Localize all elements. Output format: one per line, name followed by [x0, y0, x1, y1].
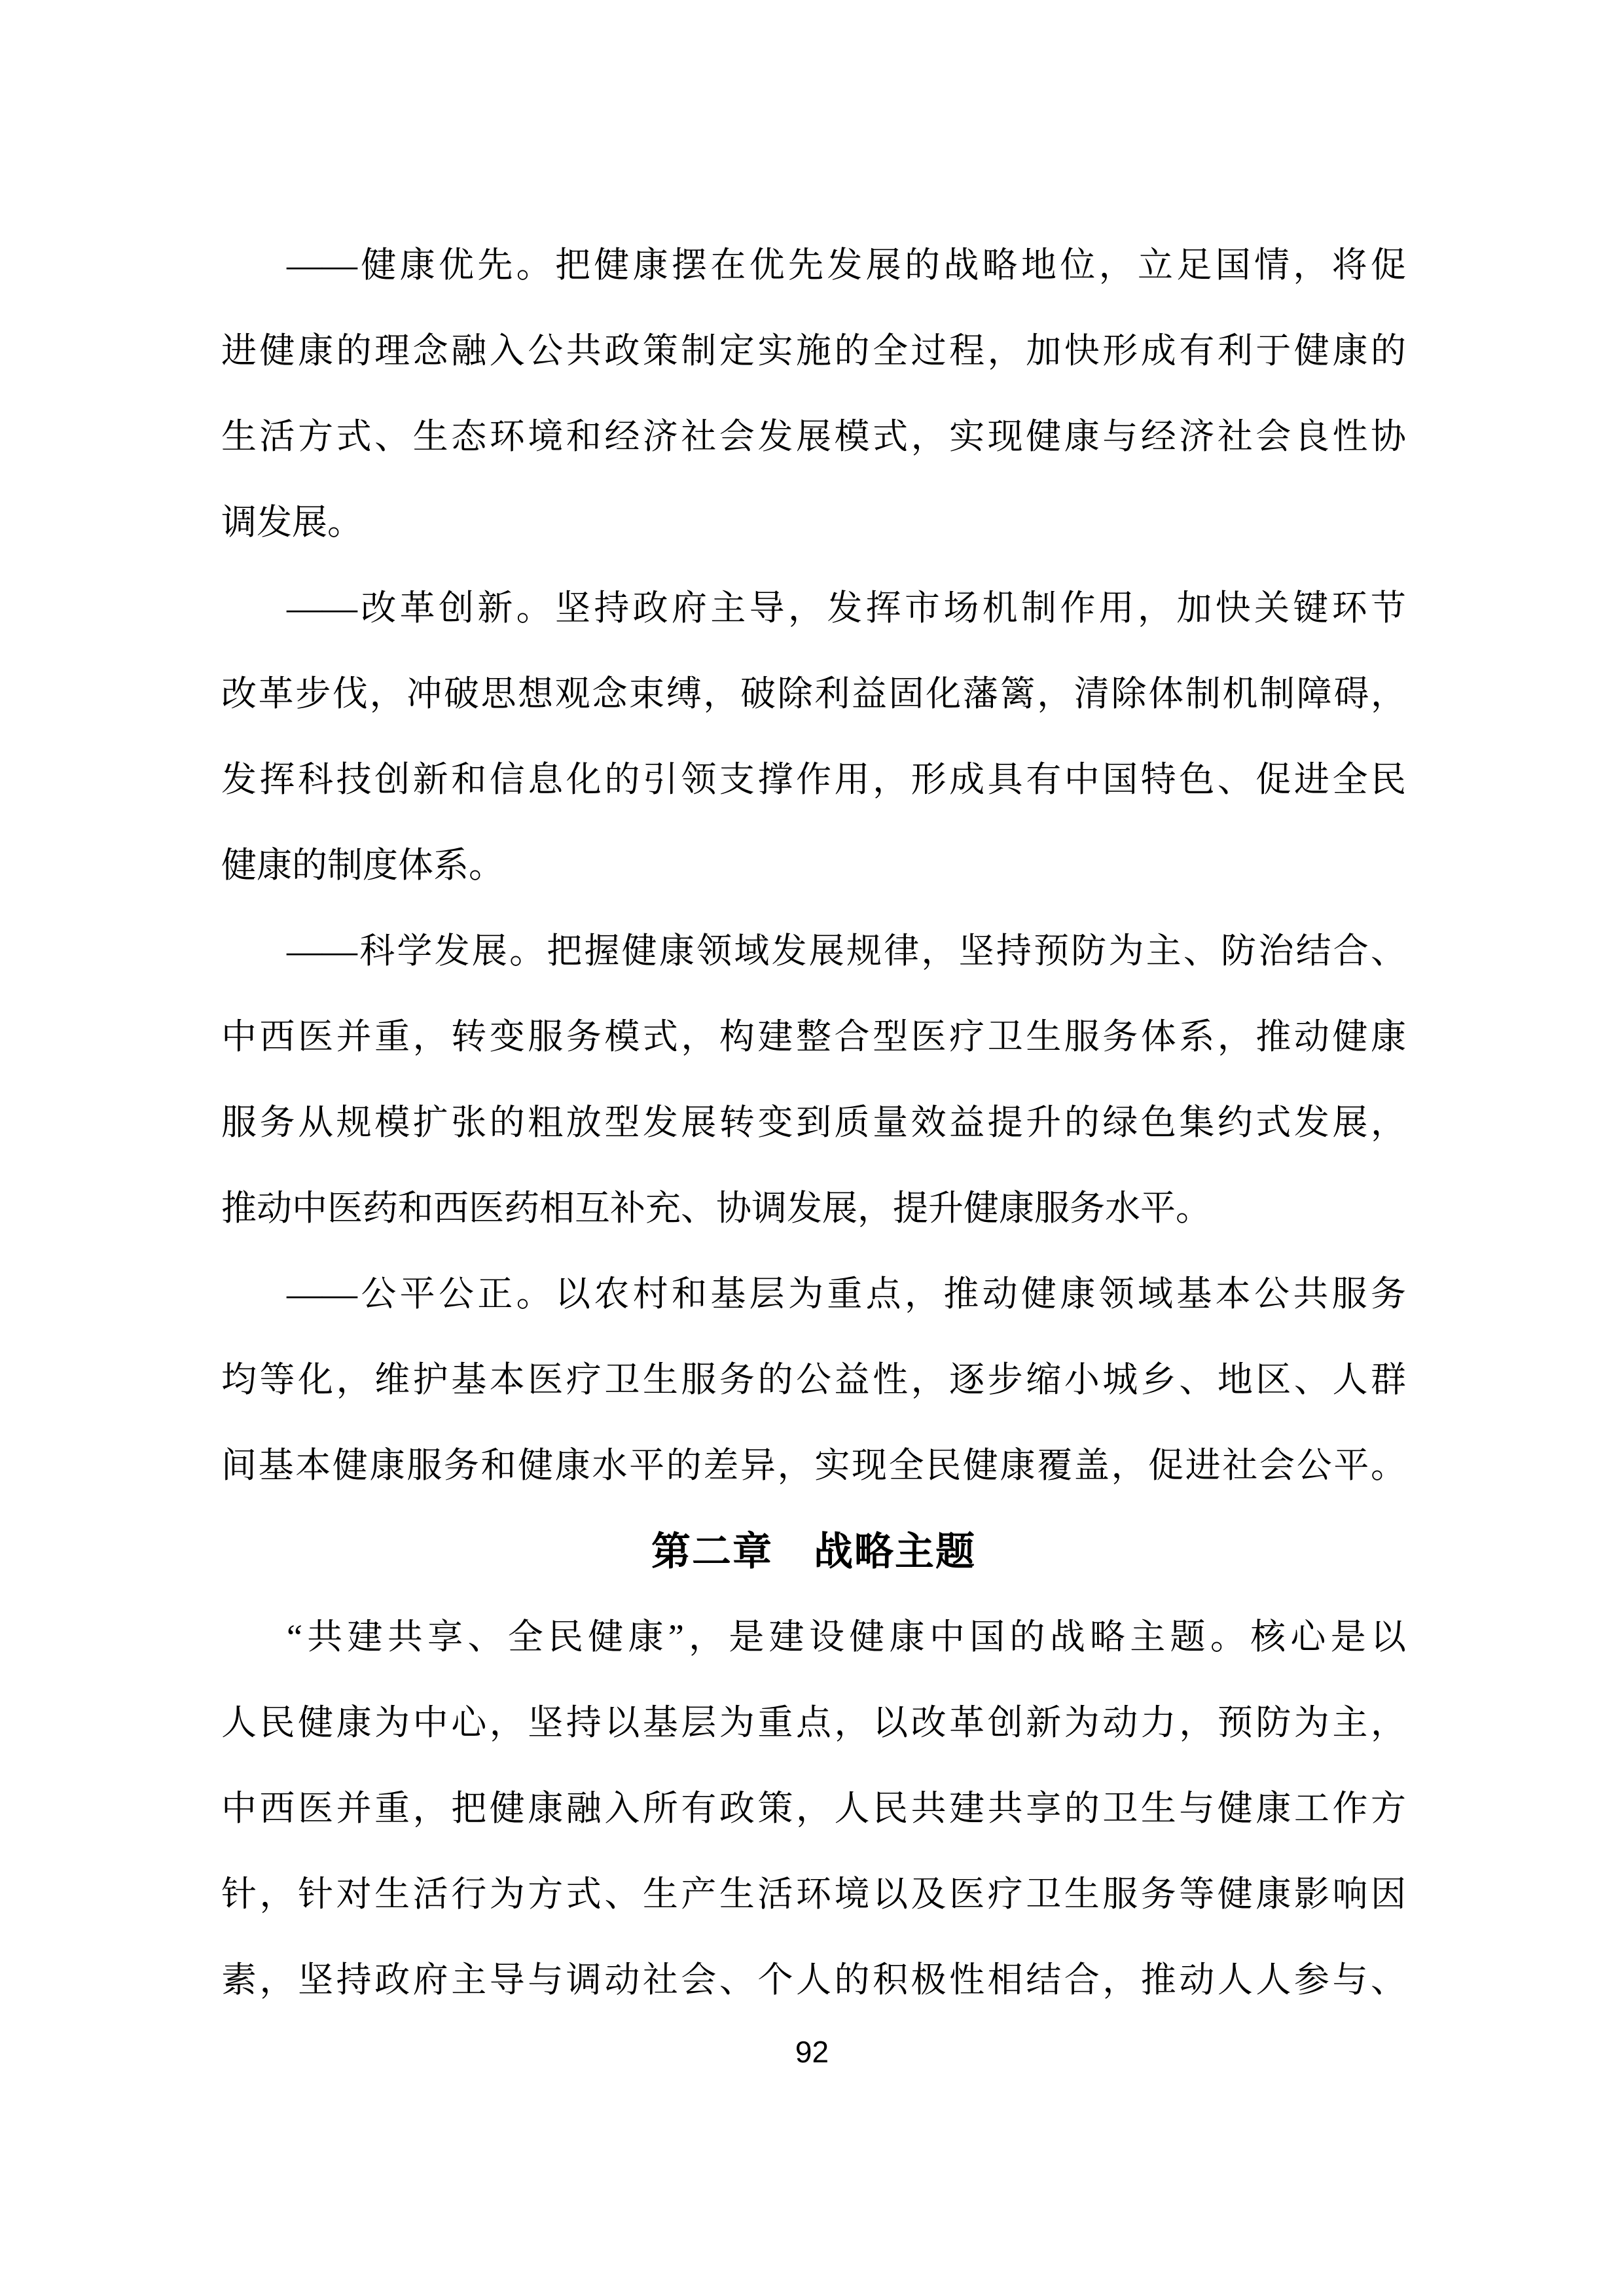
text-line: 素，坚持政府主导与调动社会、个人的积极性相结合，推动人人参与、	[221, 1937, 1406, 2023]
text-line: 人民健康为中心，坚持以基层为重点，以改革创新为动力，预防为主，	[221, 1680, 1406, 1766]
text-line: 中西医并重，转变服务模式，构建整合型医疗卫生服务体系，推动健康	[221, 994, 1406, 1080]
text-line: 均等化，维护基本医疗卫生服务的公益性，逐步缩小城乡、地区、人群	[221, 1337, 1406, 1423]
text-line: ——改革创新。坚持政府主导，发挥市场机制作用，加快关键环节	[221, 565, 1406, 651]
page-number: 92	[0, 2032, 1624, 2072]
text-line: “共建共享、全民健康”，是建设健康中国的战略主题。核心是以	[221, 1594, 1406, 1680]
text-line: ——科学发展。把握健康领域发展规律，坚持预防为主、防治结合、	[221, 908, 1406, 994]
text-line: 改革步伐，冲破思想观念束缚，破除利益固化藩篱，清除体制机制障碍，	[221, 651, 1406, 737]
text-line: 健康的制度体系。	[221, 823, 1406, 908]
text-line: 中西医并重，把健康融入所有政策，人民共建共享的卫生与健康工作方	[221, 1766, 1406, 1852]
text-line: 进健康的理念融入公共政策制定实施的全过程，加快形成有利于健康的	[221, 308, 1406, 394]
text-line: 针，针对生活行为方式、生产生活环境以及医疗卫生服务等健康影响因	[221, 1852, 1406, 1937]
chapter-heading: 第二章 战略主题	[221, 1509, 1406, 1594]
text-line: 推动中医药和西医药相互补充、协调发展，提升健康服务水平。	[221, 1166, 1406, 1251]
document-body: ——健康优先。把健康摆在优先发展的战略地位，立足国情，将促进健康的理念融入公共政…	[221, 223, 1406, 2023]
text-line: ——健康优先。把健康摆在优先发展的战略地位，立足国情，将促	[221, 223, 1406, 308]
text-line: 调发展。	[221, 480, 1406, 565]
text-line: 发挥科技创新和信息化的引领支撑作用，形成具有中国特色、促进全民	[221, 737, 1406, 823]
text-line: 间基本健康服务和健康水平的差异，实现全民健康覆盖，促进社会公平。	[221, 1423, 1406, 1509]
document-page: ——健康优先。把健康摆在优先发展的战略地位，立足国情，将促进健康的理念融入公共政…	[0, 0, 1624, 2296]
text-line: 服务从规模扩张的粗放型发展转变到质量效益提升的绿色集约式发展，	[221, 1080, 1406, 1166]
text-line: 生活方式、生态环境和经济社会发展模式，实现健康与经济社会良性协	[221, 394, 1406, 480]
text-line: ——公平公正。以农村和基层为重点，推动健康领域基本公共服务	[221, 1251, 1406, 1337]
